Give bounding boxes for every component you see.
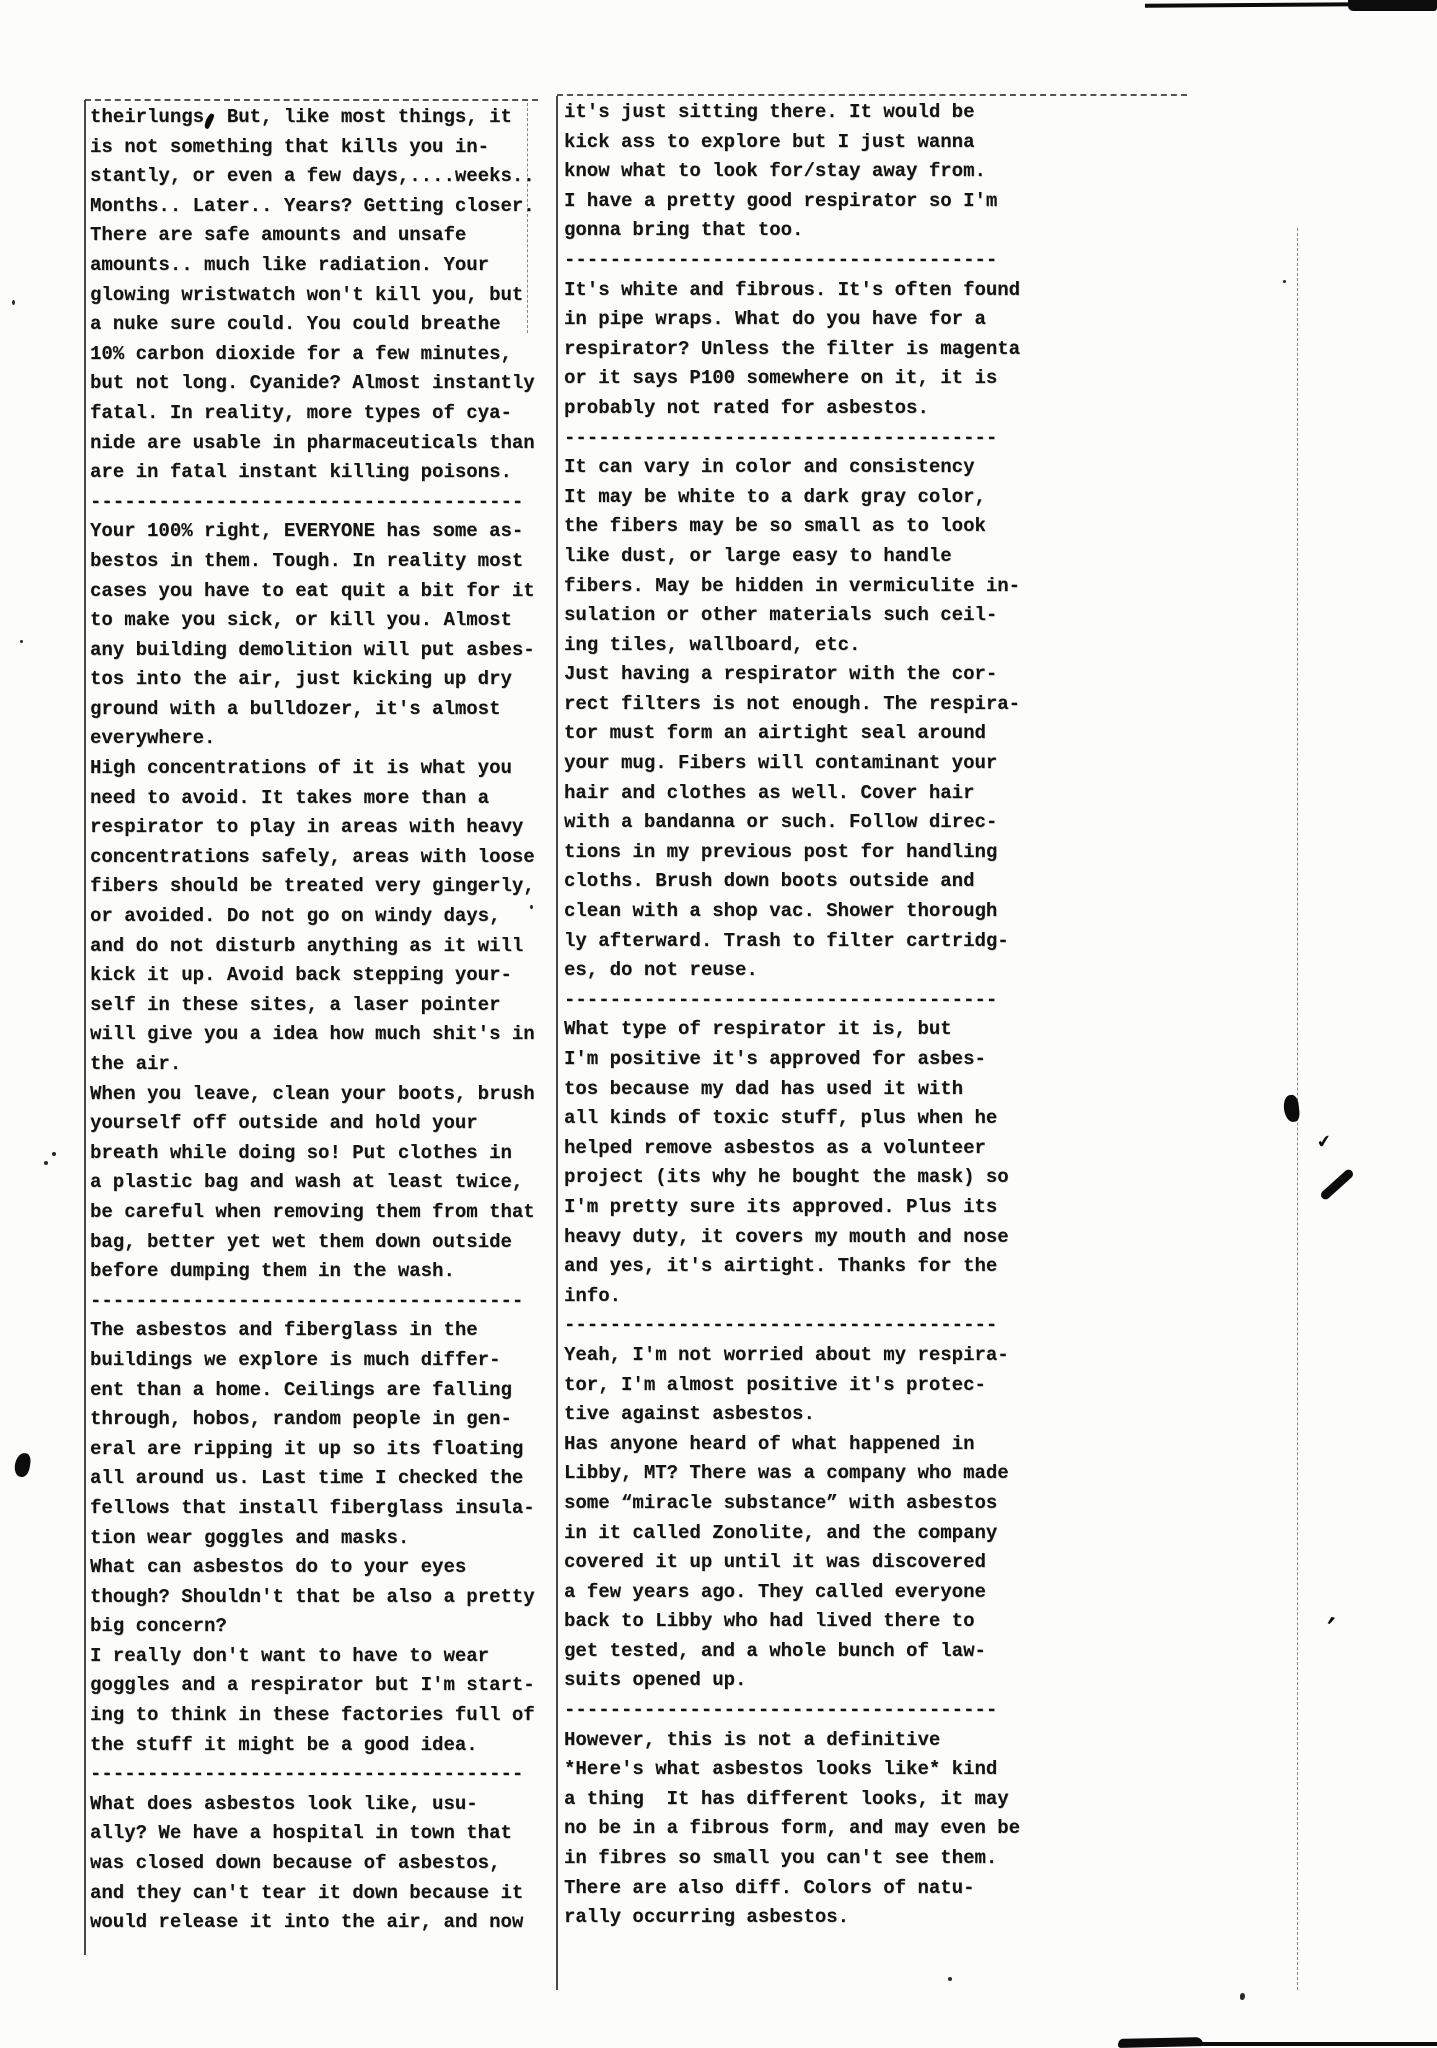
text-line: clean with a shop vac. Shower thorough <box>564 897 1024 927</box>
text-line: concentrations safely, areas with loose <box>90 843 550 873</box>
text-line: theirlungs. But, like most things, it <box>90 103 550 133</box>
text-line: Yeah, I'm not worried about my respira- <box>564 1341 1024 1371</box>
text-line: your mug. Fibers will contaminant your <box>564 749 1024 779</box>
pen-check-mark: ✔ <box>1316 1127 1332 1154</box>
text-line: I really don't want to have to wear <box>90 1642 550 1672</box>
paper-speck <box>1283 280 1286 283</box>
text-line: Libby, MT? There was a company who made <box>564 1459 1024 1489</box>
text-line: nide are usable in pharmaceuticals than <box>90 429 550 459</box>
text-line: tor must form an airtight seal around <box>564 719 1024 749</box>
text-line: covered it up until it was discovered <box>564 1548 1024 1578</box>
left-text-column: theirlungs. But, like most things, itis … <box>90 103 550 1938</box>
scanned-page: theirlungs. But, like most things, itis … <box>0 0 1437 2048</box>
ink-blot-left-margin <box>13 1452 31 1478</box>
text-line: respirator to play in areas with heavy <box>90 813 550 843</box>
text-line: fibers. May be hidden in vermiculite in- <box>564 572 1024 602</box>
text-line: When you leave, clean your boots, brush <box>90 1080 550 1110</box>
right-column-top-rule <box>557 94 1187 96</box>
text-line: in pipe wraps. What do you have for a <box>564 305 1024 335</box>
text-line: 10% carbon dioxide for a few minutes, <box>90 340 550 370</box>
text-line: It can vary in color and consistency <box>564 453 1024 483</box>
text-line: and do not disturb anything as it will <box>90 932 550 962</box>
text-line: are in fatal instant killing poisons. <box>90 458 550 488</box>
text-line: all around us. Last time I checked the <box>90 1464 550 1494</box>
paper-speck <box>948 1977 952 1981</box>
text-line: but not long. Cyanide? Almost instantly <box>90 369 550 399</box>
text-line: need to avoid. It takes more than a <box>90 784 550 814</box>
text-line: back to Libby who had lived there to <box>564 1607 1024 1637</box>
text-line: breath while doing so! Put clothes in <box>90 1139 550 1169</box>
text-line: ing tiles, wallboard, etc. <box>564 631 1024 661</box>
text-line: kick ass to explore but I just wanna <box>564 128 1024 158</box>
text-line: helped remove asbestos as a volunteer <box>564 1134 1024 1164</box>
text-line: would release it into the air, and now <box>90 1908 550 1938</box>
text-line: rally occurring asbestos. <box>564 1903 1024 1933</box>
text-line: fibers should be treated very gingerly, <box>90 872 550 902</box>
text-line: tos into the air, just kicking up dry <box>90 665 550 695</box>
left-column-top-rule <box>85 99 538 101</box>
text-line: -------------------------------------- <box>90 488 550 518</box>
text-line: be careful when removing them from that <box>90 1198 550 1228</box>
text-line: ly afterward. Trash to filter cartridg- <box>564 927 1024 957</box>
text-line: buildings we explore is much differ- <box>90 1346 550 1376</box>
text-line: respirator? Unless the filter is magenta <box>564 335 1024 365</box>
left-column-right-rule-fragment <box>527 103 528 333</box>
text-line: in it called Zonolite, and the company <box>564 1519 1024 1549</box>
text-line: probably not rated for asbestos. <box>564 394 1024 424</box>
text-line: It's white and fibrous. It's often found <box>564 276 1024 306</box>
text-line: a thing It has different looks, it may <box>564 1785 1024 1815</box>
paper-speck <box>12 300 15 305</box>
text-line: get tested, and a whole bunch of law- <box>564 1637 1024 1667</box>
scan-smudge-bottom <box>1118 2037 1203 2048</box>
text-line: rect filters is not enough. The respira- <box>564 690 1024 720</box>
text-line: the air. <box>90 1050 550 1080</box>
text-line: -------------------------------------- <box>564 1696 1024 1726</box>
text-line: tions in my previous post for handling <box>564 838 1024 868</box>
paper-speck <box>530 905 533 909</box>
text-line: to make you sick, or kill you. Almost <box>90 606 550 636</box>
text-line: and yes, it's airtight. Thanks for the <box>564 1252 1024 1282</box>
scan-bar-top-right-corner <box>1348 0 1437 11</box>
text-line: fellows that install fiberglass insula- <box>90 1494 550 1524</box>
text-line: Your 100% right, EVERYONE has some as- <box>90 517 550 547</box>
text-line: -------------------------------------- <box>90 1287 550 1317</box>
text-line: a plastic bag and wash at least twice, <box>90 1168 550 1198</box>
text-line: High concentrations of it is what you <box>90 754 550 784</box>
text-line: I have a pretty good respirator so I'm <box>564 187 1024 217</box>
paper-speck <box>52 1152 56 1156</box>
paper-speck <box>1240 1993 1245 2000</box>
text-line: all kinds of toxic stuff, plus when he <box>564 1104 1024 1134</box>
text-line: and they can't tear it down because it <box>90 1879 550 1909</box>
text-line: will give you a idea how much shit's in <box>90 1020 550 1050</box>
text-line: fatal. In reality, more types of cya- <box>90 399 550 429</box>
text-line: goggles and a respirator but I'm start- <box>90 1671 550 1701</box>
text-line: What does asbestos look like, usu- <box>90 1790 550 1820</box>
text-line: info. <box>564 1282 1024 1312</box>
text-line: ground with a bulldozer, it's almost <box>90 695 550 725</box>
scan-streak-bottom-right <box>1200 2042 1437 2046</box>
text-line: self in these sites, a laser pointer <box>90 991 550 1021</box>
text-line: glowing wristwatch won't kill you, but <box>90 281 550 311</box>
text-line: What can asbestos do to your eyes <box>90 1553 550 1583</box>
text-line: ing to think in these factories full of <box>90 1701 550 1731</box>
text-line: Just having a respirator with the cor- <box>564 660 1024 690</box>
text-line: -------------------------------------- <box>564 246 1024 276</box>
text-line: some “miracle substance” with asbestos <box>564 1489 1024 1519</box>
text-line: no be in a fibrous form, and may even be <box>564 1814 1024 1844</box>
left-column-left-rule <box>84 100 86 1955</box>
text-line: sulation or other materials such ceil- <box>564 601 1024 631</box>
pen-slash-mark <box>1319 1168 1355 1201</box>
text-line: -------------------------------------- <box>90 1760 550 1790</box>
text-line: in fibres so small you can't see them. <box>564 1844 1024 1874</box>
text-line: The asbestos and fiberglass in the <box>90 1316 550 1346</box>
text-line: *Here's what asbestos looks like* kind <box>564 1755 1024 1785</box>
text-line: tos because my dad has used it with <box>564 1075 1024 1105</box>
paper-speck <box>20 640 23 643</box>
text-line: was closed down because of asbestos, <box>90 1849 550 1879</box>
text-line: -------------------------------------- <box>564 424 1024 454</box>
text-line: or it says P100 somewhere on it, it is <box>564 364 1024 394</box>
text-line: project (its why he bought the mask) so <box>564 1163 1024 1193</box>
text-line: What type of respirator it is, but <box>564 1015 1024 1045</box>
text-line: cases you have to eat quit a bit for it <box>90 577 550 607</box>
text-line: a nuke sure could. You could breathe <box>90 310 550 340</box>
text-line: bestos in them. Tough. In reality most <box>90 547 550 577</box>
text-line: I'm positive it's approved for asbes- <box>564 1045 1024 1075</box>
text-line: know what to look for/stay away from. <box>564 157 1024 187</box>
text-line: bag, better yet wet them down outside <box>90 1228 550 1258</box>
text-line: ally? We have a hospital in town that <box>90 1819 550 1849</box>
text-line: any building demolition will put asbes- <box>90 636 550 666</box>
text-line: ent than a home. Ceilings are falling <box>90 1376 550 1406</box>
text-line: tive against asbestos. <box>564 1400 1024 1430</box>
text-line: with a bandanna or such. Follow direc- <box>564 808 1024 838</box>
text-line: heavy duty, it covers my mouth and nose <box>564 1223 1024 1253</box>
text-line: is not something that kills you in- <box>90 133 550 163</box>
paper-speck <box>44 1161 48 1165</box>
text-line: gonna bring that too. <box>564 216 1024 246</box>
text-line: before dumping them in the wash. <box>90 1257 550 1287</box>
text-line: it's just sitting there. It would be <box>564 98 1024 128</box>
text-line: yourself off outside and hold your <box>90 1109 550 1139</box>
text-line: es, do not reuse. <box>564 956 1024 986</box>
text-line: cloths. Brush down boots outside and <box>564 867 1024 897</box>
text-line: kick it up. Avoid back stepping your- <box>90 961 550 991</box>
text-line: through, hobos, random people in gen- <box>90 1405 550 1435</box>
text-line: a few years ago. They called everyone <box>564 1578 1024 1608</box>
text-line: It may be white to a dark gray color, <box>564 483 1024 513</box>
text-line: tor, I'm almost positive it's protec- <box>564 1371 1024 1401</box>
right-column-left-rule <box>556 96 558 1990</box>
text-line: -------------------------------------- <box>564 986 1024 1016</box>
text-line: amounts.. much like radiation. Your <box>90 251 550 281</box>
text-line: Months.. Later.. Years? Getting closer. <box>90 192 550 222</box>
text-line: Has anyone heard of what happened in <box>564 1430 1024 1460</box>
text-line: There are also diff. Colors of natu- <box>564 1874 1024 1904</box>
text-line: tion wear goggles and masks. <box>90 1524 550 1554</box>
text-line: However, this is not a definitive <box>564 1726 1024 1756</box>
right-text-column: it's just sitting there. It would bekick… <box>564 98 1024 1933</box>
text-line: the fibers may be so small as to look <box>564 512 1024 542</box>
text-line: -------------------------------------- <box>564 1311 1024 1341</box>
text-line: though? Shouldn't that be also a pretty <box>90 1583 550 1613</box>
text-line: big concern? <box>90 1612 550 1642</box>
scan-streak-top-right <box>1145 2 1360 8</box>
text-line: hair and clothes as well. Cover hair <box>564 779 1024 809</box>
text-line: suits opened up. <box>564 1666 1024 1696</box>
text-line: or avoided. Do not go on windy days, <box>90 902 550 932</box>
text-line: eral are ripping it up so its floating <box>90 1435 550 1465</box>
text-line: There are safe amounts and unsafe <box>90 221 550 251</box>
text-line: like dust, or large easy to handle <box>564 542 1024 572</box>
text-line: I'm pretty sure its approved. Plus its <box>564 1193 1024 1223</box>
text-line: the stuff it might be a good idea. <box>90 1731 550 1761</box>
text-line: everywhere. <box>90 724 550 754</box>
pen-tick-right-margin: ’ <box>1319 1614 1340 1644</box>
text-line: stantly, or even a few days,....weeks.. <box>90 162 550 192</box>
